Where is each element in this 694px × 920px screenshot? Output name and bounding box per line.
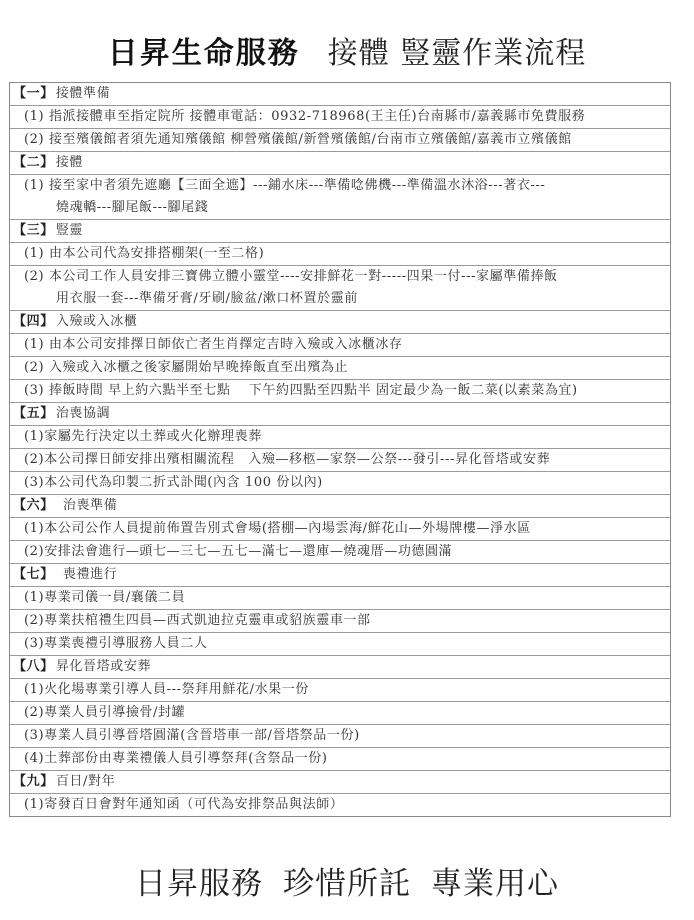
list-item: (2) 本公司工作人員安排三寶佛立體小靈堂----安排鮮花一對-----四果一付… xyxy=(10,266,670,311)
section-number: 【三】 xyxy=(13,223,54,238)
item-text: (2) 入殮或入冰櫃之後家屬開始早晚捧飯直至出殯為止 xyxy=(24,360,348,375)
list-item: (1) 指派接體車至指定院所 接體車電話：0932-718968(王主任)台南縣… xyxy=(10,106,670,129)
list-item: (2)專業人員引導撿骨/封罐 xyxy=(10,702,670,725)
item-text: (1)寄發百日會對年通知函（可代為安排祭品與法師） xyxy=(24,797,343,812)
list-item: (2)安排法會進行—頭七—三七—五七—滿七—還庫—燒魂厝—功德圓滿 xyxy=(10,541,670,564)
list-item: (2) 入殮或入冰櫃之後家屬開始早晚捧飯直至出殯為止 xyxy=(10,357,670,380)
document-title: 日昇生命服務接體 豎靈作業流程 xyxy=(0,28,694,72)
list-item: (2)專業扶棺禮生四員—西式凱迪拉克靈車或貂族靈車一部 xyxy=(10,610,670,633)
item-text: (1) 接至家中者須先遮廳【三面全遮】---鋪水床---準備唸佛機---準備溫水… xyxy=(24,178,545,193)
section-title: 治喪協調 xyxy=(56,406,110,421)
list-item: (1)家屬先行決定以土葬或火化辦理喪葬 xyxy=(10,426,670,449)
item-text: (1)專業司儀一員/襄儀二員 xyxy=(24,590,185,605)
item-text: (2)專業人員引導撿骨/封罐 xyxy=(24,705,185,720)
section-header: 【二】接體 xyxy=(10,152,670,175)
list-item: (1) 由本公司安排擇日師依亡者生肖擇定吉時入殮或入冰櫃冰存 xyxy=(10,334,670,357)
section-number: 【四】 xyxy=(13,314,54,329)
procedure-table: 【一】接體準備 (1) 指派接體車至指定院所 接體車電話：0932-718968… xyxy=(9,82,671,817)
section-header: 【五】治喪協調 xyxy=(10,403,670,426)
section-header: 【九】百日/對年 xyxy=(10,771,670,794)
section-number: 【八】 xyxy=(13,659,54,674)
section-header: 【八】昇化晉塔或安葬 xyxy=(10,656,670,679)
item-continuation: 燒魂轎---腳尾飯---腳尾錢 xyxy=(24,197,666,219)
section-title: 百日/對年 xyxy=(56,774,115,789)
section-header: 【四】入殮或入冰櫃 xyxy=(10,311,670,334)
section-number: 【七】 xyxy=(13,567,47,582)
item-text: (4)土葬部份由專業禮儀人員引導祭拜(含祭品一份) xyxy=(24,751,328,766)
section-number: 【五】 xyxy=(13,406,54,421)
slogan-part-1: 日昇服務 xyxy=(135,866,263,902)
slogan-footer: 日昇服務珍惜所託專業用心 xyxy=(0,858,694,903)
list-item: (1)專業司儀一員/襄儀二員 xyxy=(10,587,670,610)
item-text: (1) 由本公司代為安排搭棚架(一至二格) xyxy=(24,246,264,261)
list-item: (4)土葬部份由專業禮儀人員引導祭拜(含祭品一份) xyxy=(10,748,670,771)
item-text: (3)專業喪禮引導服務人員二人 xyxy=(24,636,207,651)
section-title: 治喪準備 xyxy=(49,498,117,513)
section-number: 【六】 xyxy=(13,498,47,513)
section-title: 豎靈 xyxy=(56,223,83,238)
section-title: 接體準備 xyxy=(56,86,110,101)
section-number: 【二】 xyxy=(13,155,54,170)
item-text: (2) 本公司工作人員安排三寶佛立體小靈堂----安排鮮花一對-----四果一付… xyxy=(24,269,558,284)
list-item: (1)火化場專業引導人員---祭拜用鮮花/水果一份 xyxy=(10,679,670,702)
list-item: (2)本公司擇日師安排出殯相關流程 入殮—移柩—家祭—公祭---發引---昇化晉… xyxy=(10,449,670,472)
item-text: (3) 捧飯時間 早上約六點半至七點 下午約四點至四點半 固定最少為一飯二菜(以… xyxy=(24,383,578,398)
section-header: 【七】 喪禮進行 xyxy=(10,564,670,587)
section-number: 【一】 xyxy=(13,86,54,101)
section-header: 【三】豎靈 xyxy=(10,220,670,243)
list-item: (3)專業喪禮引導服務人員二人 xyxy=(10,633,670,656)
item-text: (2)本公司擇日師安排出殯相關流程 入殮—移柩—家祭—公祭---發引---昇化晉… xyxy=(24,452,550,467)
item-text: (1) 由本公司安排擇日師依亡者生肖擇定吉時入殮或入冰櫃冰存 xyxy=(24,337,403,352)
brand-name: 日昇生命服務 xyxy=(108,36,300,71)
item-text: (3)專業人員引導晉塔圓滿(含晉塔車一部/晉塔祭品一份) xyxy=(24,728,360,743)
section-title: 入殮或入冰櫃 xyxy=(56,314,138,329)
slogan-part-3: 專業用心 xyxy=(431,866,559,902)
item-text: (2)專業扶棺禮生四員—西式凱迪拉克靈車或貂族靈車一部 xyxy=(24,613,371,628)
list-item: (3)專業人員引導晉塔圓滿(含晉塔車一部/晉塔祭品一份) xyxy=(10,725,670,748)
list-item: (3) 捧飯時間 早上約六點半至七點 下午約四點至四點半 固定最少為一飯二菜(以… xyxy=(10,380,670,403)
section-title: 昇化晉塔或安葬 xyxy=(56,659,151,674)
item-text: (1)火化場專業引導人員---祭拜用鮮花/水果一份 xyxy=(24,682,309,697)
list-item: (3)本公司代為印製二折式訃聞(內含 100 份以內) xyxy=(10,472,670,495)
item-text: (3)本公司代為印製二折式訃聞(內含 100 份以內) xyxy=(24,475,323,490)
section-title: 接體 xyxy=(56,155,83,170)
list-item: (1) 接至家中者須先遮廳【三面全遮】---鋪水床---準備唸佛機---準備溫水… xyxy=(10,175,670,220)
list-item: (1) 由本公司代為安排搭棚架(一至二格) xyxy=(10,243,670,266)
section-title: 喪禮進行 xyxy=(49,567,117,582)
item-text: (1)家屬先行決定以土葬或火化辦理喪葬 xyxy=(24,429,262,444)
list-item: (1)寄發百日會對年通知函（可代為安排祭品與法師） xyxy=(10,794,670,816)
item-continuation: 用衣服一套---準備牙膏/牙刷/臉盆/漱口杯置於靈前 xyxy=(24,288,666,310)
item-text: (2)安排法會進行—頭七—三七—五七—滿七—還庫—燒魂厝—功德圓滿 xyxy=(24,544,452,559)
section-header: 【六】 治喪準備 xyxy=(10,495,670,518)
section-header: 【一】接體準備 xyxy=(10,83,670,106)
section-number: 【九】 xyxy=(13,774,54,789)
document-subtitle: 接體 豎靈作業流程 xyxy=(328,36,587,71)
item-text: (2) 接至殯儀館者須先通知殯儀館 柳營殯儀館/新營殯儀館/台南市立殯儀館/嘉義… xyxy=(24,132,572,147)
list-item: (2) 接至殯儀館者須先通知殯儀館 柳營殯儀館/新營殯儀館/台南市立殯儀館/嘉義… xyxy=(10,129,670,152)
list-item: (1)本公司公作人員提前佈置告別式會場(搭棚—內場雲海/鮮花山—外場牌樓—淨水區 xyxy=(10,518,670,541)
item-text: (1) 指派接體車至指定院所 接體車電話：0932-718968(王主任)台南縣… xyxy=(24,109,585,124)
item-text: (1)本公司公作人員提前佈置告別式會場(搭棚—內場雲海/鮮花山—外場牌樓—淨水區 xyxy=(24,521,531,536)
slogan-part-2: 珍惜所託 xyxy=(283,866,411,902)
